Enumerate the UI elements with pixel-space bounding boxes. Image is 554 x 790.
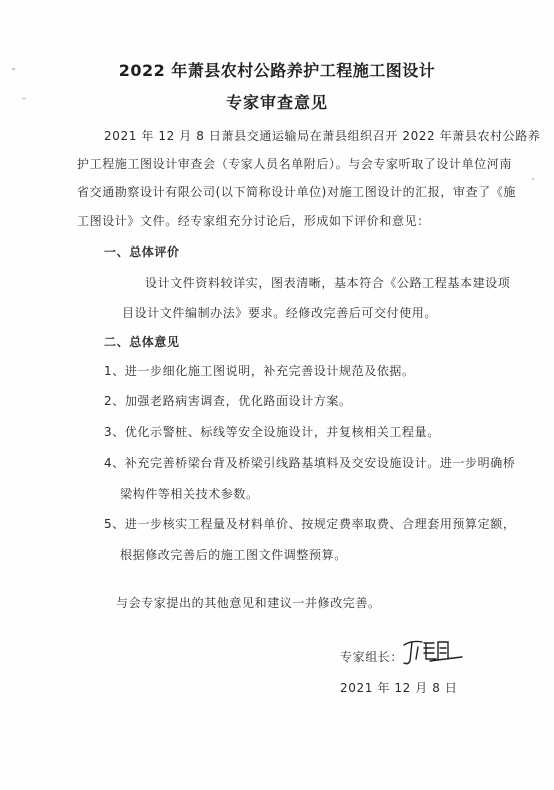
scan-speck: [532, 178, 534, 180]
opinion-item: 2、加强老路病害调查，优化路面设计方案。: [104, 392, 352, 409]
intro-line: 护工程施工图设计审查会（专家人员名单附后）。与会专家听取了设计单位河南: [77, 155, 512, 172]
signature-icon: [400, 637, 470, 667]
opinion-item-cont: 梁构件等相关技术参数。: [120, 485, 259, 502]
document-title: 2022 年萧县农村公路养护工程施工图设计: [0, 58, 554, 81]
section-heading: 一、总体评价: [104, 243, 180, 260]
opinion-item-cont: 根据修改完善后的施工图文件调整预算。: [120, 546, 347, 563]
section-text: 设计文件资料较详实，图表清晰，基本符合《公路工程基本建设项: [145, 274, 510, 291]
opinion-item: 4、补充完善桥梁台背及桥梁引线路基填料及交安设施设计。进一步明确桥: [104, 454, 515, 471]
intro-line: 工图设计》文件。经专家组充分讨论后，形成如下评价和意见：: [77, 212, 430, 229]
opinion-item: 1、进一步细化施工图说明，补充完善设计规范及依据。: [104, 362, 415, 379]
section-text: 目设计文件编制办法》要求。经修改完善后可交付使用。: [122, 304, 437, 321]
intro-line: 2021 年 12 月 8 日萧县交通运输局在萧县组织召开 2022 年萧县农村…: [104, 127, 541, 144]
document-subtitle: 专家审查意见: [0, 90, 554, 113]
intro-line: 省交通勘察设计有限公司(以下简称设计单位)对施工图设计的汇报，审查了《施: [77, 183, 516, 200]
section-heading: 二、总体意见: [104, 333, 180, 350]
signer-label: 专家组长：: [340, 648, 403, 665]
document-page: 2022 年萧县农村公路养护工程施工图设计 专家审查意见 2021 年 12 月…: [0, 0, 554, 790]
opinion-item: 5、进一步核实工程量及材料单价、按规定费率取费、合理套用预算定额，: [104, 515, 515, 532]
signature-date: 2021 年 12 月 8 日: [340, 679, 458, 696]
opinion-item: 3、优化示警桩、标线等安全设施设计，并复核相关工程量。: [104, 423, 440, 440]
closing-text: 与会专家提出的其他意见和建议一并修改完善。: [116, 594, 381, 611]
